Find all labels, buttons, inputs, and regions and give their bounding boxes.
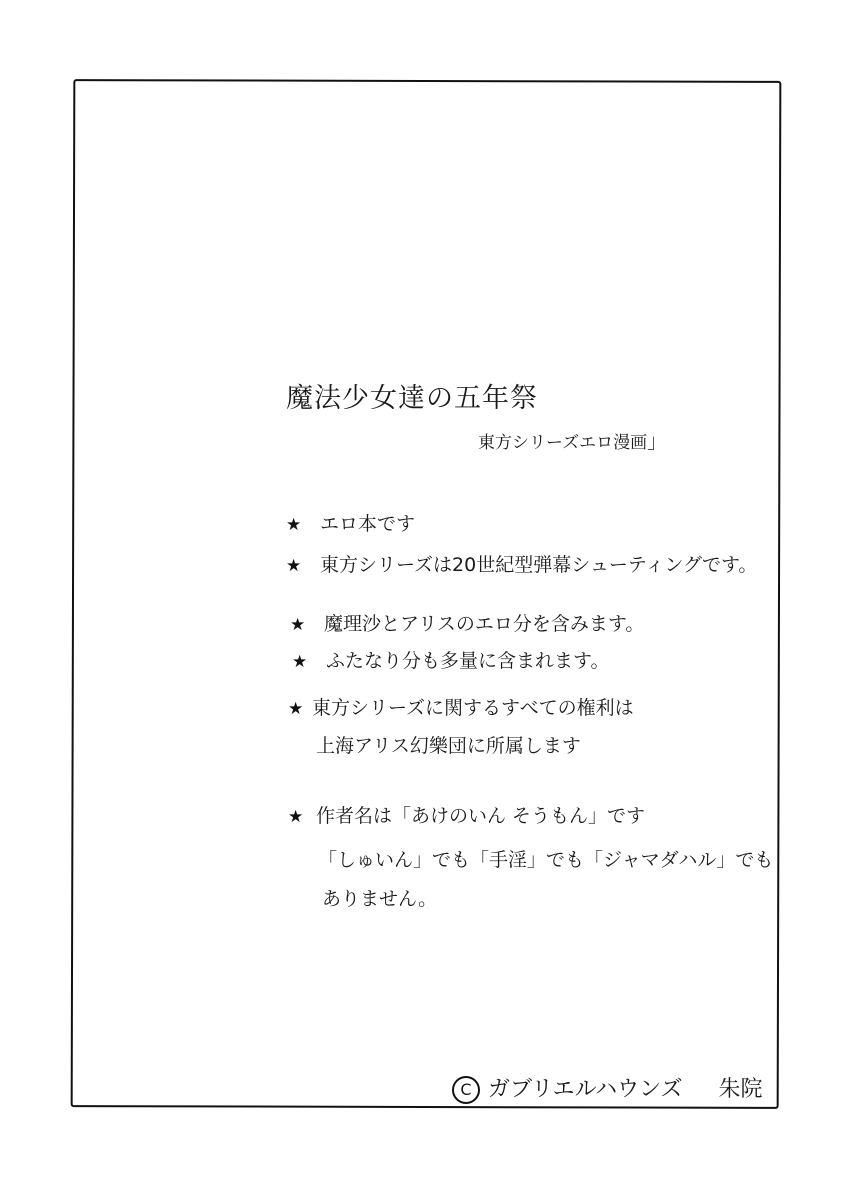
- page-border-frame: [71, 79, 782, 1109]
- book-title: 魔法少女達の五年祭: [286, 376, 538, 415]
- notice-text: 東方シリーズは20世紀型弾幕シューティングです。: [320, 554, 757, 576]
- closing-bracket: 」: [647, 429, 667, 453]
- subtitle-text: 東方シリーズエロ漫画: [478, 433, 647, 453]
- notice-item-1: ★エロ本です: [286, 513, 415, 536]
- author-name: 朱院: [718, 1077, 762, 1102]
- star-icon: ★: [286, 556, 306, 576]
- notice-item-2: ★東方シリーズは20世紀型弾幕シューティングです。: [286, 554, 757, 577]
- star-icon: ★: [292, 652, 312, 672]
- notice-item-3: ★魔理沙とアリスのエロ分を含みます。: [290, 613, 644, 636]
- star-icon: ★: [288, 699, 308, 719]
- copyright-icon: C: [452, 1076, 480, 1104]
- star-icon: ★: [290, 615, 310, 635]
- notice-item-5-continuation: 上海アリス幻樂団に所属します: [316, 735, 581, 758]
- notice-text: エロ本です: [320, 513, 415, 535]
- star-icon: ★: [286, 515, 306, 535]
- star-icon: ★: [288, 807, 308, 827]
- notice-item-6-continuation: 「しゅいん」でも「手淫」でも「ジャマダハル」でも: [318, 849, 773, 872]
- notice-text: ふたなり分も多量に含まれます。: [326, 650, 609, 672]
- book-subtitle: 東方シリーズエロ漫画」: [478, 425, 667, 454]
- notice-item-5: ★東方シリーズに関するすべての権利は: [288, 697, 634, 720]
- notice-text: 作者名は「あけのいん そうもん」です: [316, 805, 645, 827]
- notice-text: 東方シリーズに関するすべての権利は: [312, 697, 634, 719]
- notice-item-4: ★ふたなり分も多量に含まれます。: [292, 650, 609, 673]
- notice-item-6: ★作者名は「あけのいん そうもん」です: [288, 805, 645, 828]
- notice-item-6-continuation-2: ありません。: [322, 888, 437, 911]
- copyright-line: Cガブリエルハウンズ朱院: [452, 1072, 763, 1104]
- notice-text: 魔理沙とアリスのエロ分を含みます。: [324, 613, 644, 635]
- circle-name: ガブリエルハウンズ: [488, 1077, 682, 1102]
